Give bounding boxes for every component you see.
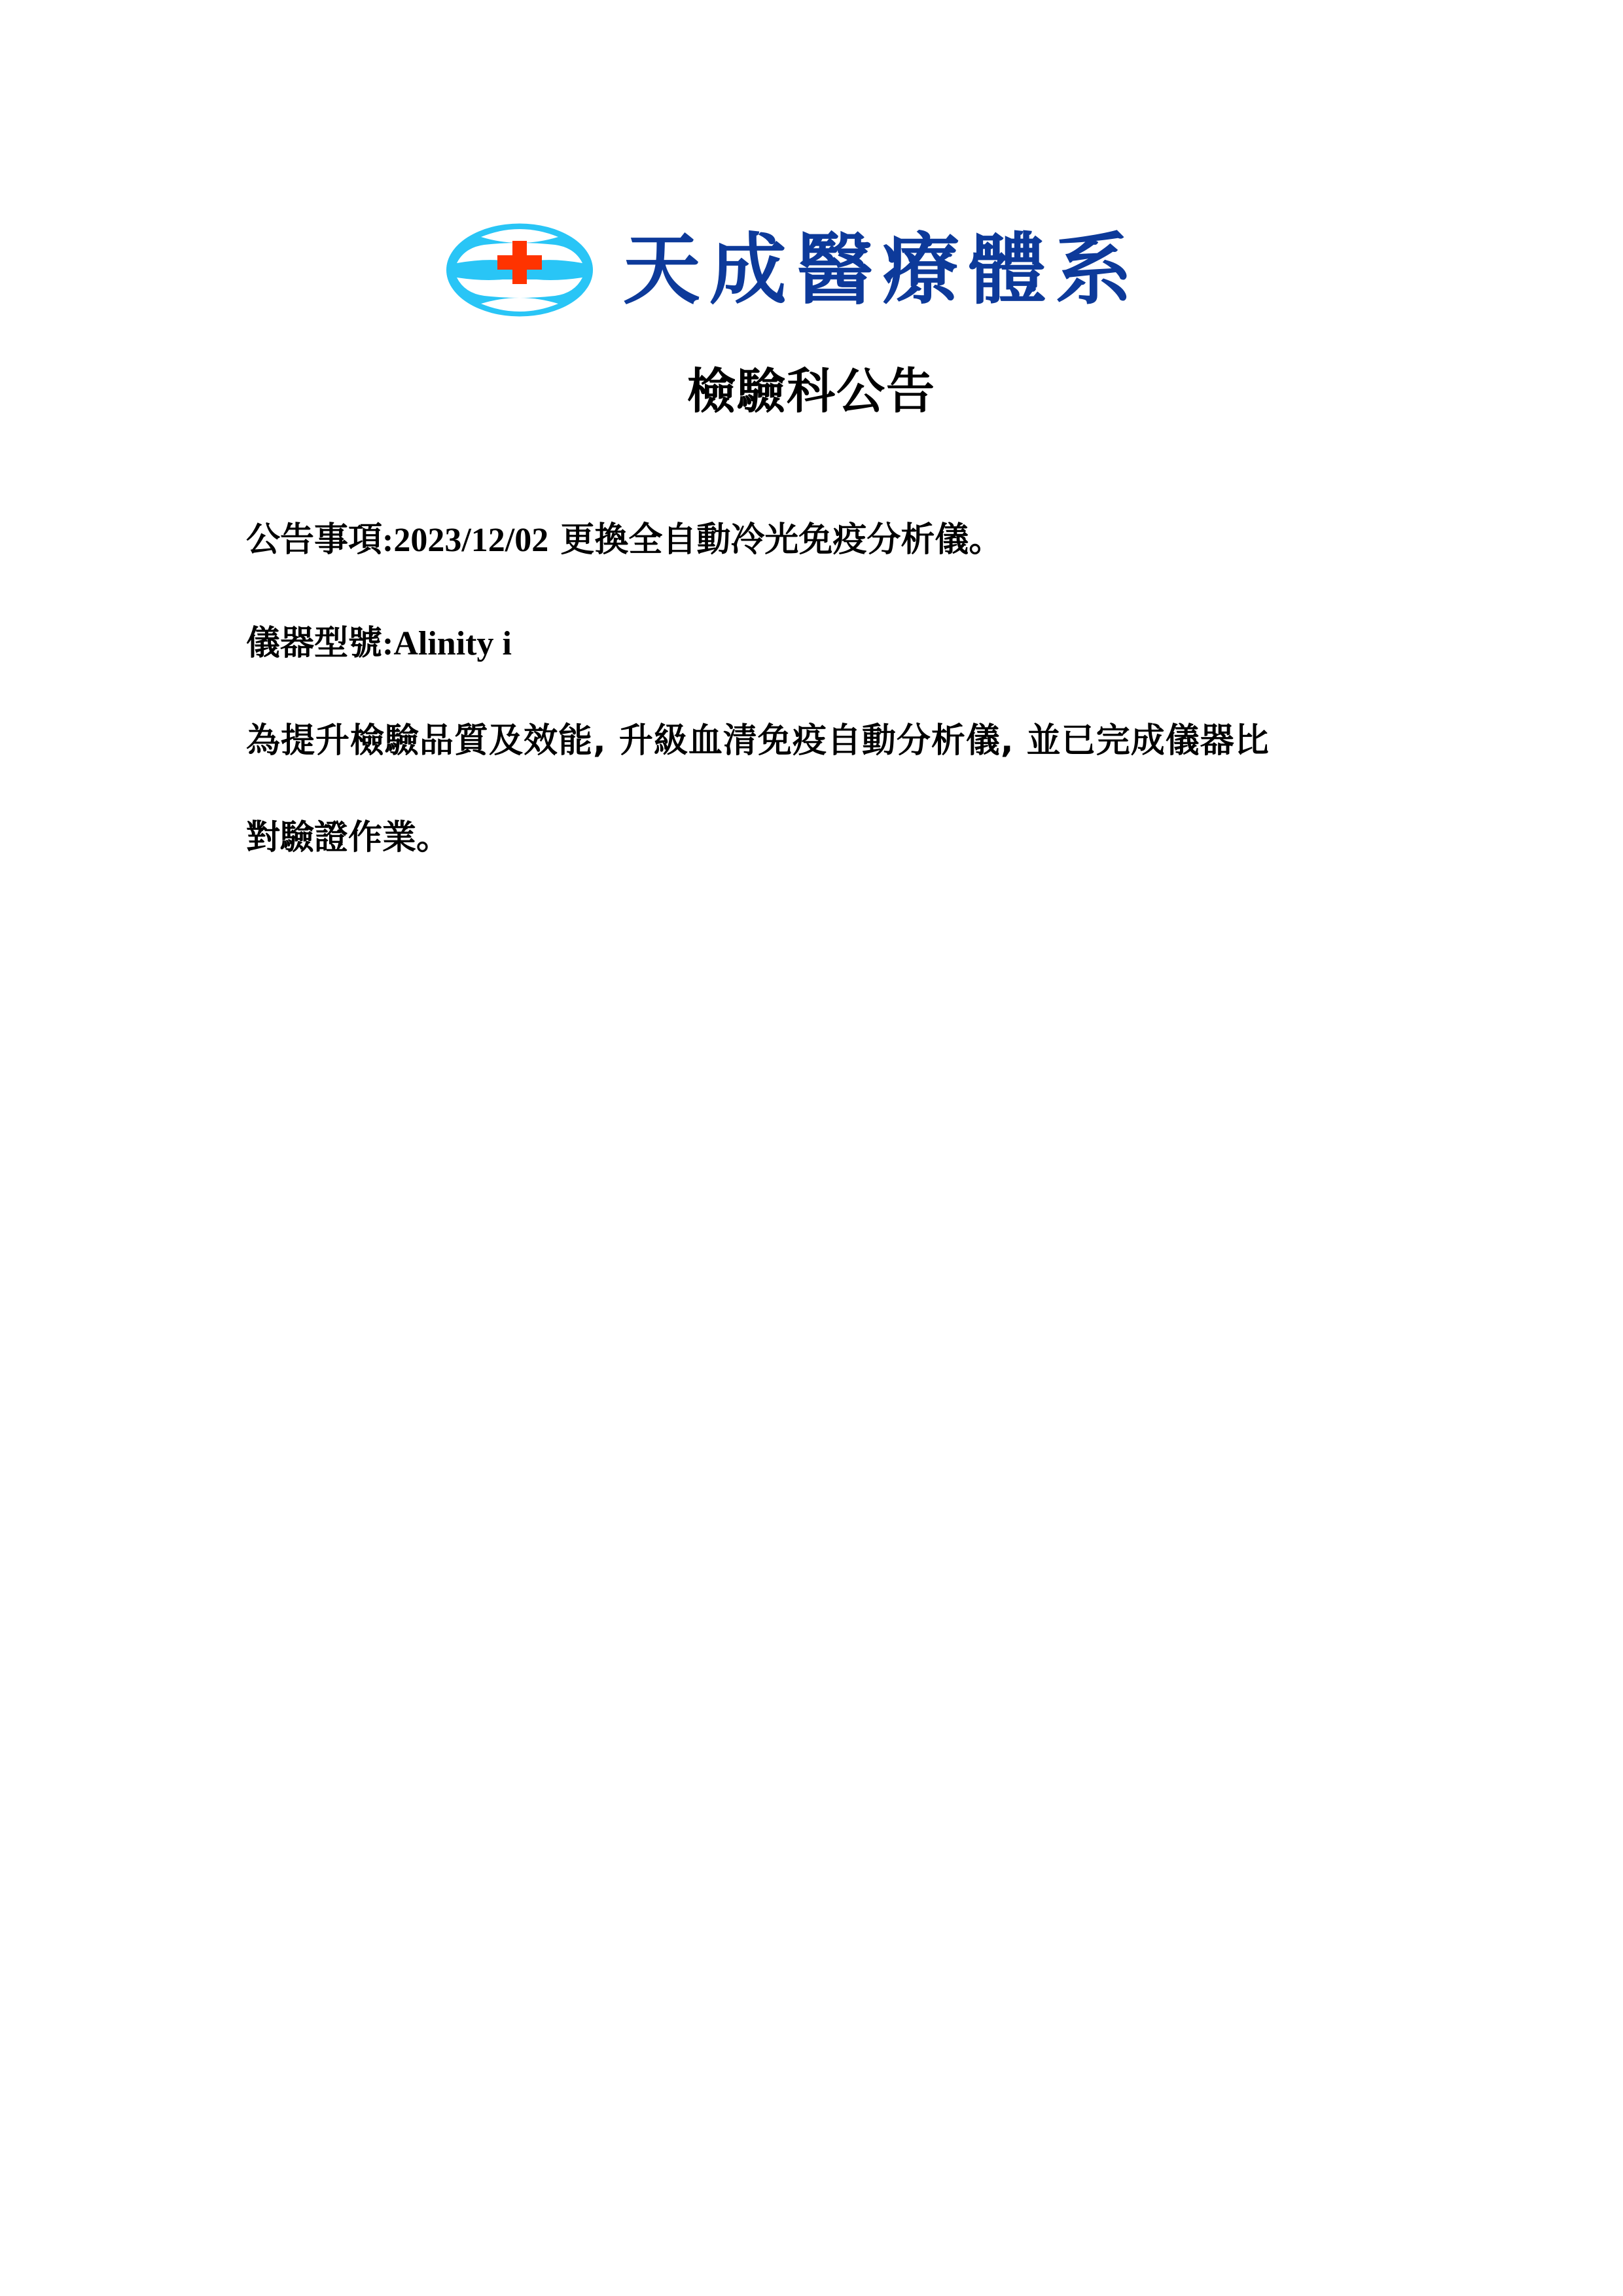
globe-cross-icon [445,223,594,317]
organization-name: 天成醫療體系 [623,227,1141,312]
model-separator: : [382,625,393,662]
organization-logo: 天成醫療體系 [445,219,1191,317]
page-title: 檢驗科公告 [0,359,1623,424]
notice-date: 2023/12/02 [393,522,548,559]
model-label: 儀器型號 [246,624,382,663]
notice-separator: : [382,522,393,559]
notice-line: 公告事項:2023/12/02 更換全自動冷光免疫分析儀。 [246,517,1003,564]
model-value: Alinity i [393,625,512,662]
paragraph-line-2: 對驗證作業。 [246,815,450,861]
notice-text: 更換全自動冷光免疫分析儀。 [548,520,1003,560]
notice-label: 公告事項 [246,520,382,560]
model-line: 儀器型號:Alinity i [246,620,512,667]
paragraph-line-1: 為提升檢驗品質及效能, 升級血清免疫自動分析儀, 並已完成儀器比 [246,718,1270,764]
